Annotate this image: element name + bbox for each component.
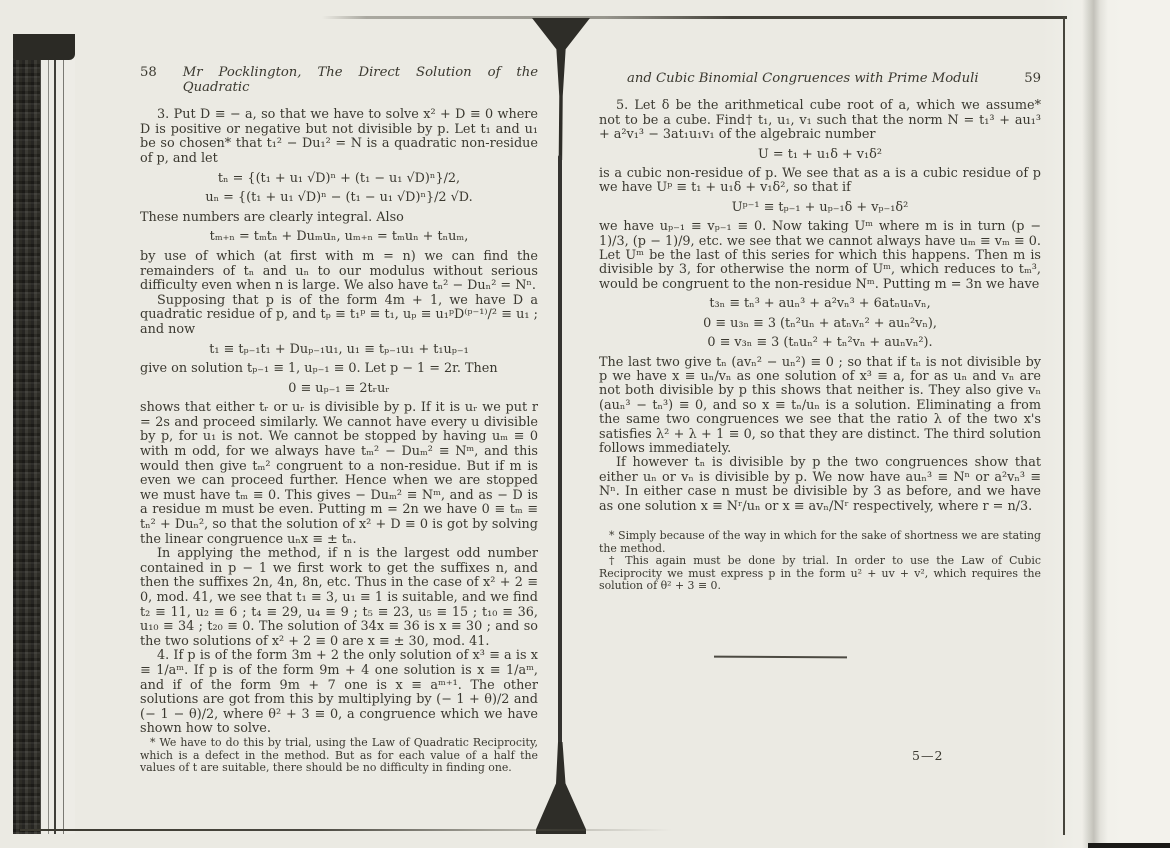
equation-un-definition: uₙ = {(t₁ + u₁ √D)ⁿ − (t₁ − u₁ √D)ⁿ}/2 √… [140,191,538,206]
paragraph-applying-method: In applying the method, if n is the larg… [140,547,538,649]
paragraph-integral-note: These numbers are clearly integral. Also [140,211,538,226]
equation-U-power-p-1: Uᵖ⁻¹ ≡ tₚ₋₁ + uₚ₋₁δ + vₚ₋₁δ² [599,201,1041,215]
equation-recurrence: t₁ ≡ tₚ₋₁t₁ + Duₚ₋₁u₁, u₁ ≡ tₚ₋₁u₁ + t₁u… [140,343,538,358]
binding-dark-edge [13,34,40,834]
paragraph-cubic-nonresidue: is a cubic non-residue of p. We see that… [599,167,1041,196]
page-59: and Cubic Binomial Congruences with Prim… [599,72,1041,593]
page-number-59: 59 [1024,72,1041,86]
paragraph-divisibility-argument: shows that either tᵣ or uᵣ is divisible … [140,401,538,547]
footnote-left-page: * We have to do this by trial, using the… [140,737,538,775]
scanned-book-spread: 58 Mr Pocklington, The Direct Solution o… [0,0,1170,848]
signature-mark: 5—2 [912,748,943,763]
gutter-shadow-bottom [536,742,586,834]
page-edge-streaks [40,34,75,834]
running-header-left: 58 Mr Pocklington, The Direct Solution o… [140,66,538,95]
equation-t3n: t₃ₙ ≡ tₙ³ + auₙ³ + a²vₙ³ + 6atₙuₙvₙ, [599,297,1041,311]
scan-top-frame-line [322,16,1067,19]
gutter-shadow-middle [558,155,562,747]
paragraph-section4: 4. If p is of the form 3m + 2 the only s… [140,649,538,737]
equation-addition-formulas: tₘ₊ₙ = tₘtₙ + Duₘuₙ, uₘ₊ₙ = tₘuₙ + tₙuₘ, [140,230,538,245]
paragraph-last-two-congruences: The last two give tₙ (avₙ² − uₙ²) ≡ 0 ; … [599,356,1041,457]
paragraph-form-4m1: Supposing that p is of the form 4m + 1, … [140,294,538,338]
footnotes-right-page: * Simply because of the way in which for… [599,530,1041,593]
page-curl-shadow [1082,0,1108,848]
equation-u3n: 0 ≡ u₃ₙ ≡ 3 (tₙ²uₙ + atₙvₙ² + auₙ²vₙ), [599,317,1041,331]
page-number-58: 58 [140,66,157,95]
scan-right-frame-line [1063,17,1065,835]
binding-top-cap [13,34,75,60]
running-title-left: Mr Pocklington, The Direct Solution of t… [183,66,538,95]
gutter-shadow-top [532,18,590,160]
page-58: 58 Mr Pocklington, The Direct Solution o… [140,66,538,775]
binding-edge-strip [13,34,75,834]
paragraph-taking-Um: we have uₚ₋₁ ≡ vₚ₋₁ ≡ 0. Now taking Uᵐ w… [599,220,1041,292]
equation-2tr-ur: 0 ≡ uₚ₋₁ ≡ 2tᵣuᵣ [140,382,538,397]
end-of-article-rule [714,656,847,659]
paragraph-section3-intro: 3. Put D ≡ − a, so that we have to solve… [140,108,538,166]
footnote-right-2: † This again must be done by trial. In o… [599,555,1041,593]
running-title-right: and Cubic Binomial Congruences with Prim… [627,72,979,86]
footnote-right-1: * Simply because of the way in which for… [599,530,1041,555]
equation-tn-definition: tₙ = {(t₁ + u₁ √D)ⁿ + (t₁ − u₁ √D)ⁿ}/2, [140,172,538,187]
paragraph-solution-tp: give on solution tₚ₋₁ ≡ 1, uₚ₋₁ ≡ 0. Let… [140,362,538,377]
scan-bottom-frame-line [20,829,672,831]
equation-v3n: 0 ≡ v₃ₙ ≡ 3 (tₙuₙ² + tₙ²vₙ + auₙvₙ²). [599,336,1041,350]
paragraph-however-case: If however tₙ is divisible by p the two … [599,456,1041,514]
paragraph-section5-intro: 5. Let δ be the arithmetical cube root o… [599,99,1041,142]
equation-U-definition: U = t₁ + u₁δ + v₁δ² [599,148,1041,162]
scan-bottom-right-shadow [1088,843,1170,848]
running-header-right: and Cubic Binomial Congruences with Prim… [599,72,1041,86]
paragraph-remainders: by use of which (at first with m = n) we… [140,250,538,294]
